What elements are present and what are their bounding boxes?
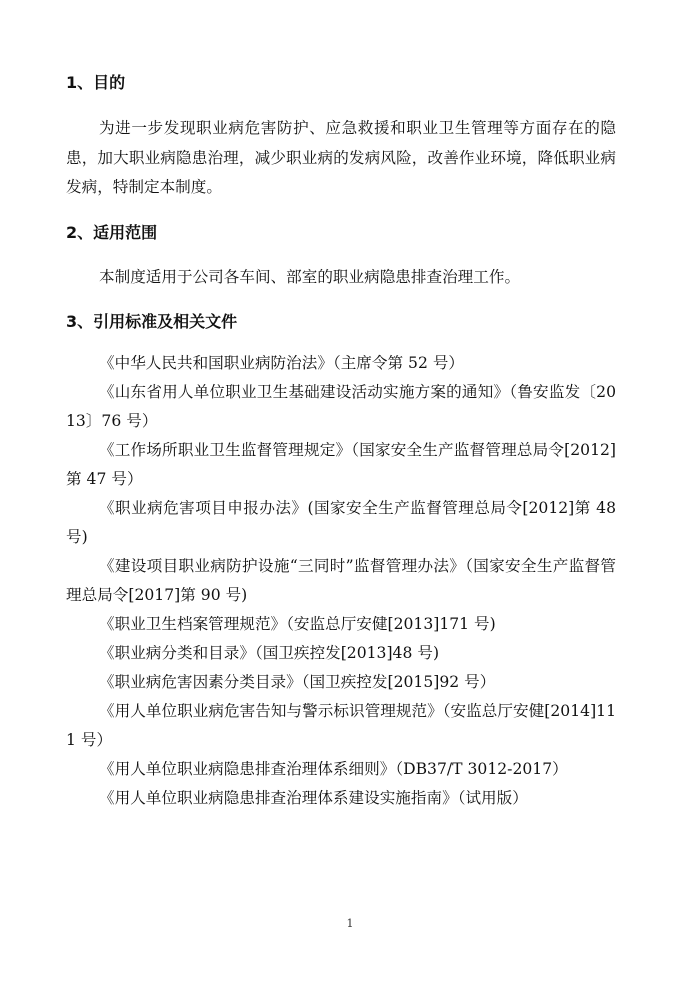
document-page: 1、目的 为进一步发现职业病危害防护、应急救援和职业卫生管理等方面存在的隐患，加… — [0, 0, 700, 990]
section-body-scope: 本制度适用于公司各车间、部室的职业病隐患排查治理工作。 — [66, 263, 616, 293]
reference-item: 《用人单位职业病隐患排查治理体系建设实施指南》（试用版） — [66, 784, 616, 813]
reference-item: 《职业卫生档案管理规范》（安监总厅安健[2013]171 号) — [66, 610, 616, 639]
reference-item: 《建设项目职业病防护设施“三同时”监督管理办法》（国家安全生产监督管理总局令[2… — [66, 552, 616, 610]
reference-item: 《工作场所职业卫生监督管理规定》（国家安全生产监督管理总局令[2012]第 47… — [66, 436, 616, 494]
section-heading-scope: 2、适用范围 — [66, 222, 616, 244]
section-heading-references: 3、引用标准及相关文件 — [66, 311, 616, 333]
section-body-purpose: 为进一步发现职业病危害防护、应急救援和职业卫生管理等方面存在的隐患，加大职业病隐… — [66, 114, 616, 203]
reference-item: 《职业病危害项目申报办法》(国家安全生产监督管理总局令[2012]第 48 号) — [66, 494, 616, 552]
section-heading-purpose: 1、目的 — [66, 72, 616, 94]
reference-item: 《用人单位职业病隐患排查治理体系细则》（DB37/T 3012-2017） — [66, 755, 616, 784]
page-number: 1 — [0, 917, 700, 930]
reference-list: 《中华人民共和国职业病防治法》（主席令第 52 号） 《山东省用人单位职业卫生基… — [66, 349, 616, 813]
reference-item: 《职业病危害因素分类目录》（国卫疾控发[2015]92 号） — [66, 668, 616, 697]
reference-item: 《山东省用人单位职业卫生基础建设活动实施方案的通知》（鲁安监发〔2013〕76 … — [66, 378, 616, 436]
reference-item: 《职业病分类和目录》（国卫疾控发[2013]48 号) — [66, 639, 616, 668]
reference-item: 《中华人民共和国职业病防治法》（主席令第 52 号） — [66, 349, 616, 378]
reference-item: 《用人单位职业病危害告知与警示标识管理规范》（安监总厅安健[2014]111 号… — [66, 697, 616, 755]
document-content: 1、目的 为进一步发现职业病危害防护、应急救援和职业卫生管理等方面存在的隐患，加… — [66, 72, 616, 813]
